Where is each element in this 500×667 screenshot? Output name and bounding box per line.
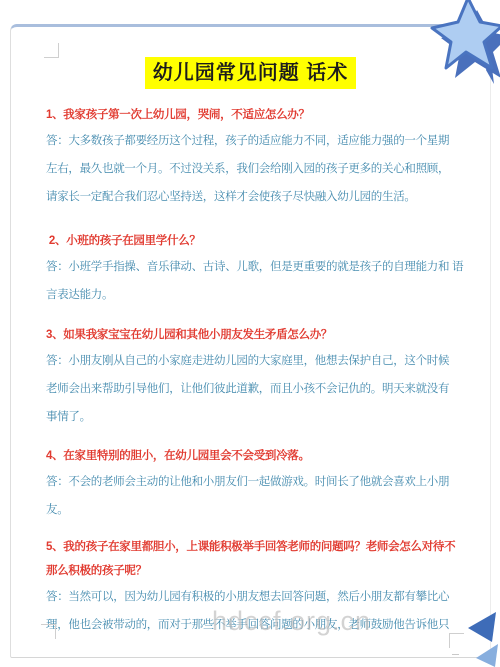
question-text: 3、如果我家宝宝在幼儿园和其他小朋友发生矛盾怎么办？	[46, 323, 470, 347]
page-title: 幼儿园常见问题 话术	[145, 57, 357, 89]
answer-line: 老师会出来帮助引导他们，让他们彼此道歉，而且小孩不会记仇的。明天来就没有	[46, 375, 470, 403]
question-text: 2、小班的孩子在园里学什么？	[46, 229, 470, 253]
answer-line: 友。	[46, 496, 470, 524]
answer-line: 言表达能力。	[46, 281, 470, 309]
answer-line: 理，他也会被带动的，而对于那些不举手回答问题的小朋友，老师鼓励他告诉他只	[46, 611, 470, 639]
qa-section-4: 4、在家里特别的胆小，在幼儿园里会不会受到冷落。 答：不会的老师会主动的让他和小…	[46, 444, 470, 524]
answer-line: 答：当然可以，因为幼儿园有积极的小朋友想去回答问题，然后小朋友都有攀比心	[46, 583, 470, 611]
answer-line: 答：小班学手指操、音乐律动、古诗、儿歌，但是更重要的就是孩子的自理能力和 语	[46, 253, 470, 281]
answer-line: 请家长一定配合我们忍心坚持送，这样才会使孩子尽快融入幼儿园的生活。	[46, 183, 470, 211]
qa-list: 1、我家孩子第一次上幼儿园，哭闹，不适应怎么办？ 答：大多数孩子都要经历这个过程…	[11, 103, 490, 639]
qa-section-3: 3、如果我家宝宝在幼儿园和其他小朋友发生矛盾怎么办？ 答：小朋友刚从自己的小家庭…	[46, 323, 470, 431]
answer-line: 答：小朋友刚从自己的小家庭走进幼儿园的大家庭里，他想去保护自己，这个时候	[46, 347, 470, 375]
question-text: 4、在家里特别的胆小，在幼儿园里会不会受到冷落。	[46, 444, 470, 468]
star-decoration-icon	[420, 0, 500, 92]
answer-line: 左右，最久也就一个月。不过没关系，我们会给刚入园的孩子更多的关心和照顾，	[46, 155, 470, 183]
crop-mark-bottom-right	[449, 633, 464, 648]
document-page: 幼儿园常见问题 话术 1、我家孩子第一次上幼儿园，哭闹，不适应怎么办？ 答：大多…	[10, 24, 491, 658]
answer-line: 事情了。	[46, 403, 470, 431]
answer-line: 答：大多数孩子都要经历这个过程，孩子的适应能力不同，适应能力强的一个星期	[46, 127, 470, 155]
crop-mark-bottom-left	[41, 624, 56, 639]
question-text: 1、我家孩子第一次上幼儿园，哭闹，不适应怎么办？	[46, 103, 470, 127]
answer-line: 答：不会的老师会主动的让他和小朋友们一起做游戏。时间长了他就会喜欢上小朋	[46, 468, 470, 496]
star-fragment-icon	[468, 612, 500, 667]
page-title-row: 幼儿园常见问题 话术	[11, 57, 490, 89]
question-text: 那么积极的孩子呢？	[46, 559, 470, 583]
crop-mark-dash	[452, 654, 459, 655]
qa-section-2: 2、小班的孩子在园里学什么？ 答：小班学手指操、音乐律动、古诗、儿歌，但是更重要…	[46, 229, 470, 309]
qa-section-5: 5、我的孩子在家里都胆小，上课能积极举手回答老师的问题吗？老师会怎么对待不 那么…	[46, 535, 470, 639]
qa-section-1: 1、我家孩子第一次上幼儿园，哭闹，不适应怎么办？ 答：大多数孩子都要经历这个过程…	[46, 103, 470, 211]
question-text: 5、我的孩子在家里都胆小，上课能积极举手回答老师的问题吗？老师会怎么对待不	[46, 535, 470, 559]
crop-mark-top-left	[44, 43, 59, 58]
